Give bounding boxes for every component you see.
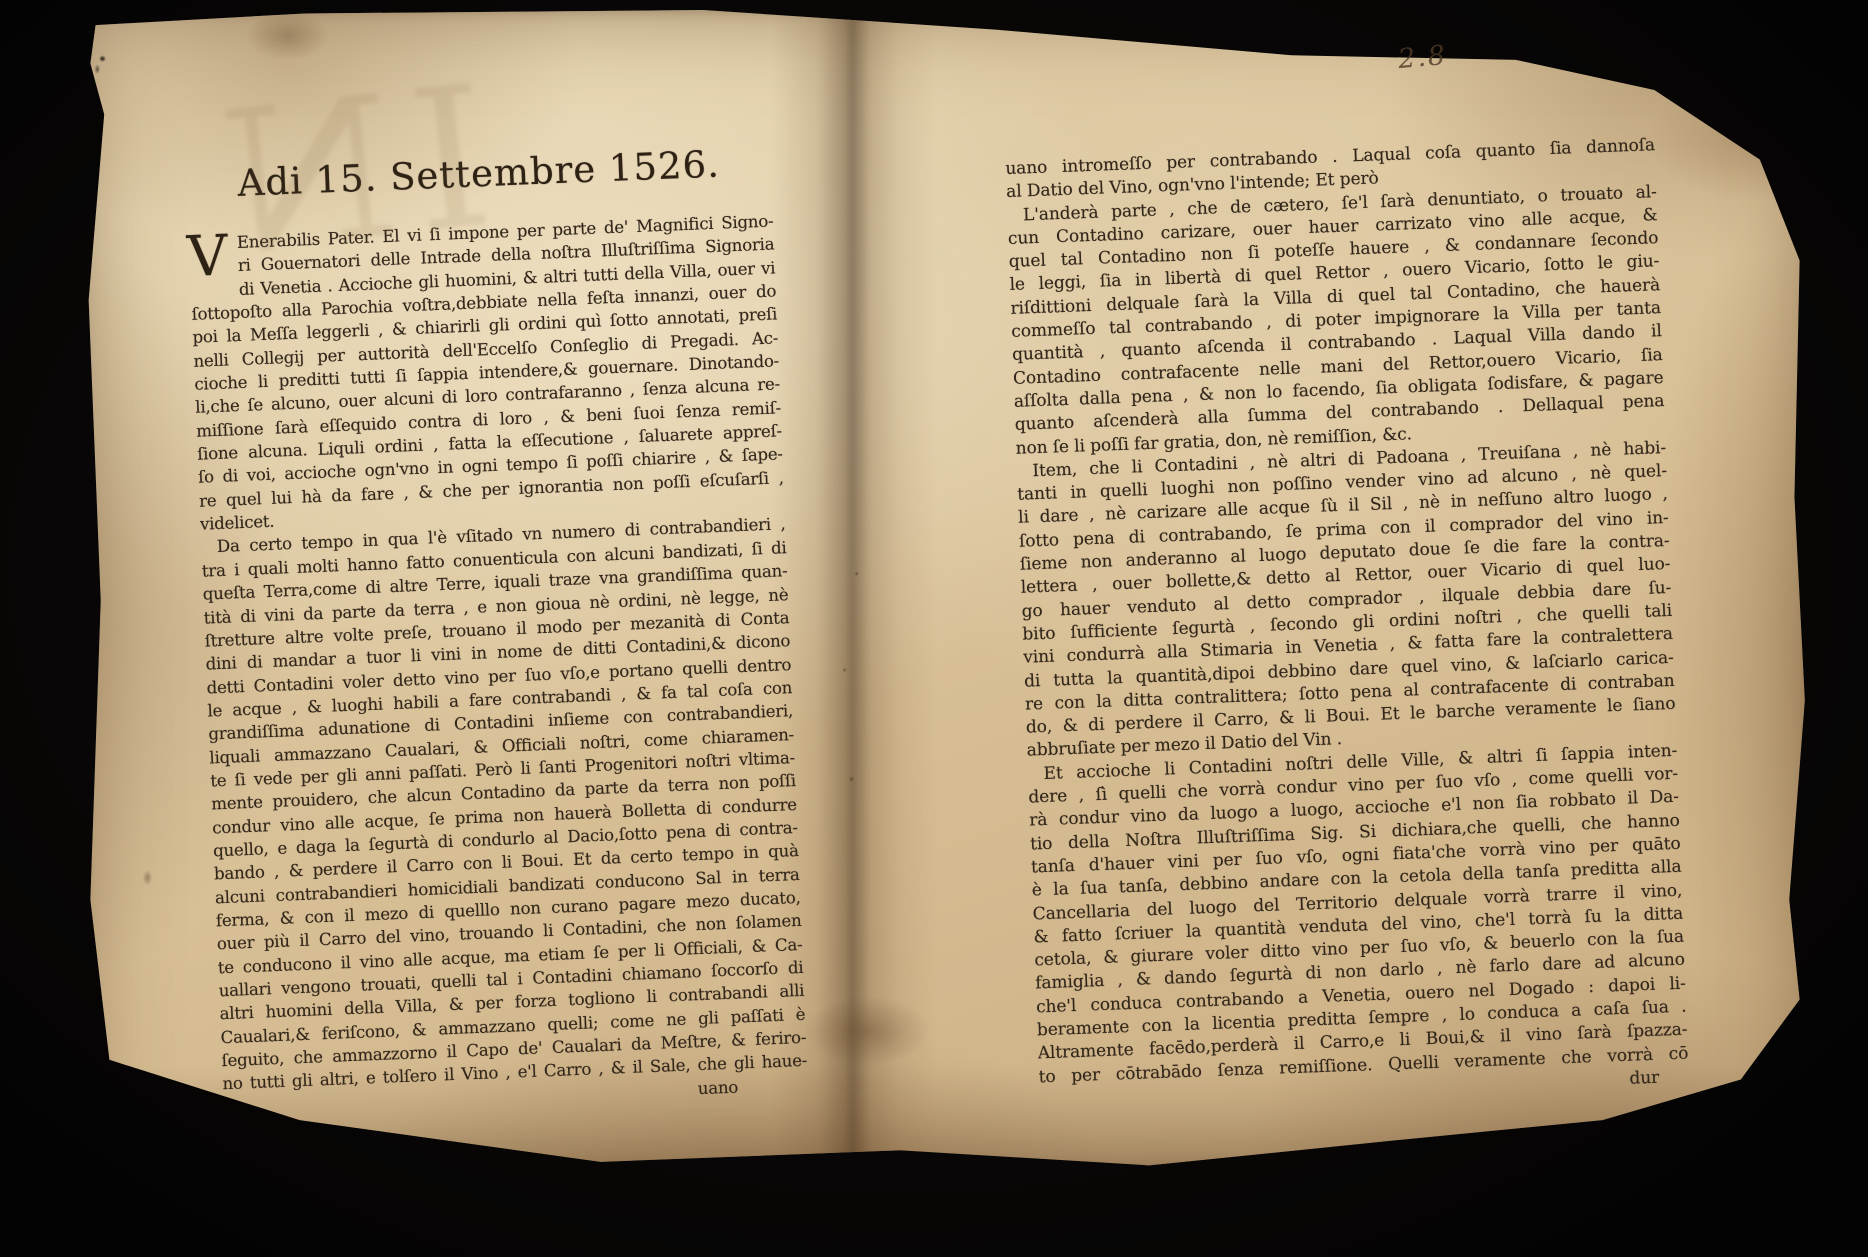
right-page-paragraph-4: Et accioche li Contadini noſtri delle Vi… xyxy=(1027,739,1689,1089)
left-page-text: VEnerabilis Pater. El vi ſi impone per p… xyxy=(188,209,807,1096)
drop-cap: V xyxy=(186,234,228,282)
folio-number: 2.8 xyxy=(1397,40,1448,75)
left-page: IN Adi 15. Settembre 1526. VEnerabilis P… xyxy=(185,127,808,1120)
photo-scene: IN Adi 15. Settembre 1526. VEnerabilis P… xyxy=(0,0,1868,1257)
left-page-paragraph-2: Da certo tempo in qua l'è vſitado vn num… xyxy=(201,513,808,1096)
page-title-date: Adi 15. Settembre 1526. xyxy=(186,141,772,207)
right-page-paragraph-2: L'anderà parte , che de cætero, ſe'l ſar… xyxy=(1007,181,1666,461)
left-page-paragraph-1: VEnerabilis Pater. El vi ſi impone per p… xyxy=(188,209,785,536)
right-page: uano intromeſſo per contrabando . Laqual… xyxy=(1005,134,1690,1112)
book-spread: IN Adi 15. Settembre 1526. VEnerabilis P… xyxy=(80,10,1810,1170)
right-page-paragraph-3: Item, che li Contadini , nè altri di Pad… xyxy=(1016,437,1677,763)
right-page-text: uano intromeſſo per contrabando . Laqual… xyxy=(1005,134,1689,1089)
